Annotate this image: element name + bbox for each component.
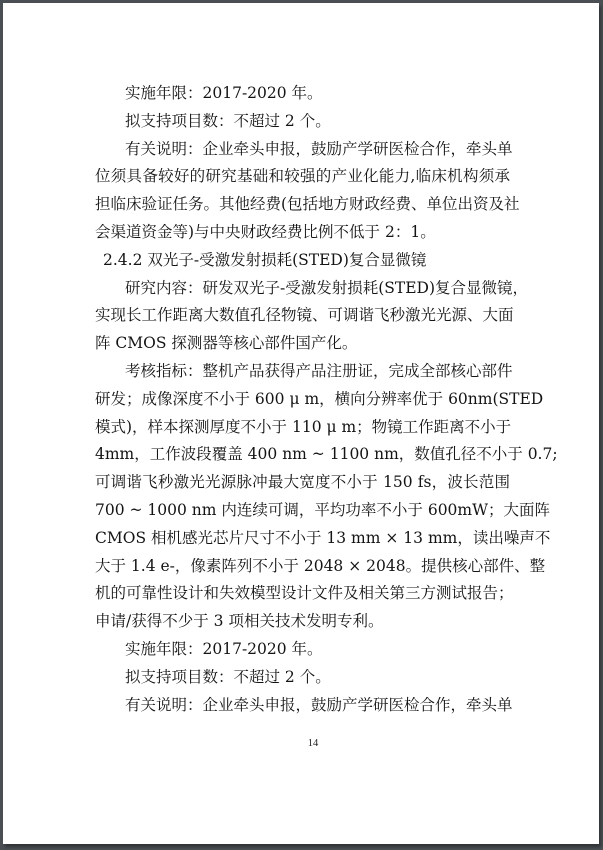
assessment-indicator-line: 研发；成像深度不小于 600 μ m，横向分辨率优于 60nm(STED — [95, 386, 510, 414]
assessment-indicator-line: 考核指标：整机产品获得产品注册证，完成全部核心部件 — [95, 358, 510, 386]
page-number: 14 — [305, 738, 321, 749]
section-heading: 2.4.2 双光子-受激发射损耗(STED)复合显微镜 — [95, 247, 510, 275]
implementation-period-line: 实施年限：2017-2020 年。 — [95, 80, 510, 108]
implementation-period-line: 实施年限：2017-2020 年。 — [95, 636, 510, 664]
document-viewer[interactable]: 实施年限：2017-2020 年。 拟支持项目数：不超过 2 个。 有关说明：企… — [0, 0, 603, 850]
project-count-line: 拟支持项目数：不超过 2 个。 — [95, 664, 510, 692]
assessment-indicator-line: 700 ~ 1000 nm 内连续可调，平均功率不小于 600mW；大面阵 — [95, 497, 510, 525]
research-content-line: 研究内容：研发双光子-受激发射损耗(STED)复合显微镜， — [95, 275, 510, 303]
research-content-line: 阵 CMOS 探测器等核心部件国产化。 — [95, 330, 510, 358]
remarks-line: 位须具备较好的研究基础和较强的产业化能力,临床机构须承 — [95, 163, 510, 191]
assessment-indicator-line: 机的可靠性设计和失效模型设计文件及相关第三方测试报告； — [95, 580, 510, 608]
assessment-indicator-line: 申请/获得不少于 3 项相关技术发明专利。 — [95, 608, 510, 636]
project-count-line: 拟支持项目数：不超过 2 个。 — [95, 108, 510, 136]
document-page: 实施年限：2017-2020 年。 拟支持项目数：不超过 2 个。 有关说明：企… — [3, 3, 599, 844]
assessment-indicator-line: 4mm，工作波段覆盖 400 nm ~ 1100 nm，数值孔径不小于 0.7; — [95, 441, 510, 469]
remarks-line: 有关说明：企业牵头申报，鼓励产学研医检合作，牵头单 — [95, 136, 510, 164]
page-body: 实施年限：2017-2020 年。 拟支持项目数：不超过 2 个。 有关说明：企… — [95, 80, 510, 719]
assessment-indicator-line: 可调谐飞秒激光光源脉冲最大宽度不小于 150 fs，波长范围 — [95, 469, 510, 497]
research-content-line: 实现长工作距离大数值孔径物镜、可调谐飞秒激光光源、大面 — [95, 302, 510, 330]
assessment-indicator-line: 模式)，样本探测厚度不小于 110 μ m；物镜工作距离不小于 — [95, 414, 510, 442]
remarks-line: 担临床验证任务。其他经费(包括地方财政经费、单位出资及社 — [95, 191, 510, 219]
assessment-indicator-line: CMOS 相机感光芯片尺寸不小于 13 mm × 13 mm，读出噪声不 — [95, 525, 510, 553]
remarks-line: 会渠道资金等)与中央财政经费比例不低于 2：1。 — [95, 219, 510, 247]
assessment-indicator-line: 大于 1.4 e-，像素阵列不小于 2048 × 2048。提供核心部件、整 — [95, 553, 510, 581]
remarks-line: 有关说明：企业牵头申报，鼓励产学研医检合作，牵头单 — [95, 692, 510, 720]
